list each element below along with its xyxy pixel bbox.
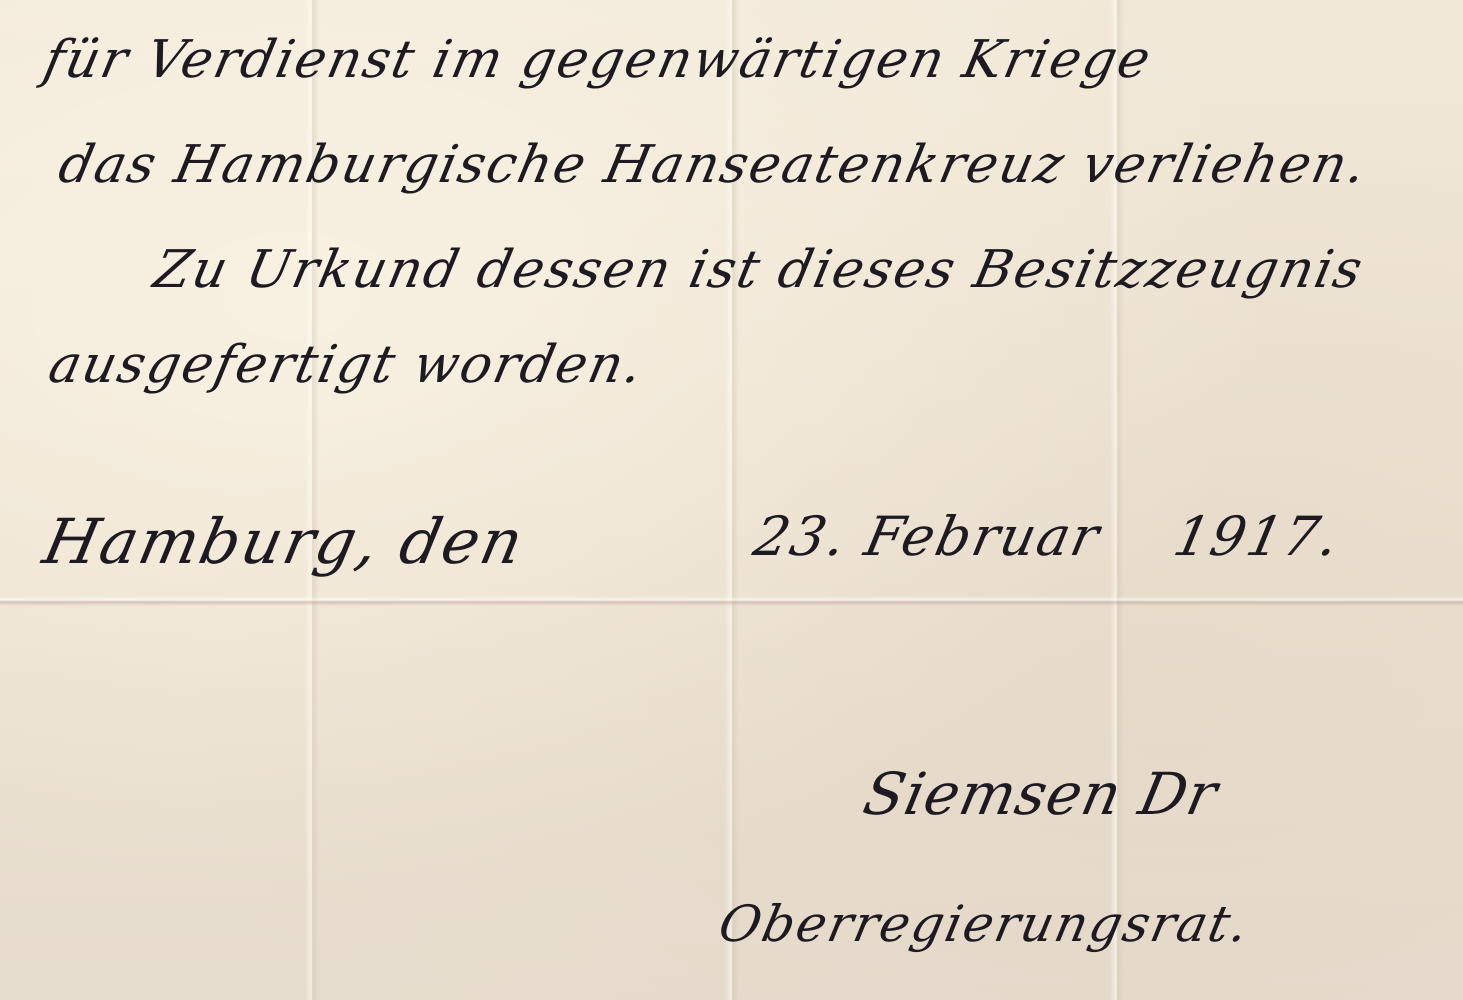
date-text: 23. Februar <box>748 505 1106 568</box>
signature: Siemsen Dr <box>858 760 1224 828</box>
fold-line-horizontal <box>0 596 1463 606</box>
body-line-4: ausgefertigt worden. <box>44 335 650 395</box>
place-text: Hamburg, den <box>37 505 531 578</box>
body-line-3: Zu Urkund dessen ist dieses Besitzzeugni… <box>149 240 1370 300</box>
body-line-1: für Verdienst im gegenwärtigen Kriege <box>39 30 1158 90</box>
year-text: 1917. <box>1168 505 1346 568</box>
body-line-2: das Hamburgische Hanseatenkreuz verliehe… <box>54 135 1373 195</box>
signer-title: Oberregierungsrat. <box>714 895 1256 953</box>
